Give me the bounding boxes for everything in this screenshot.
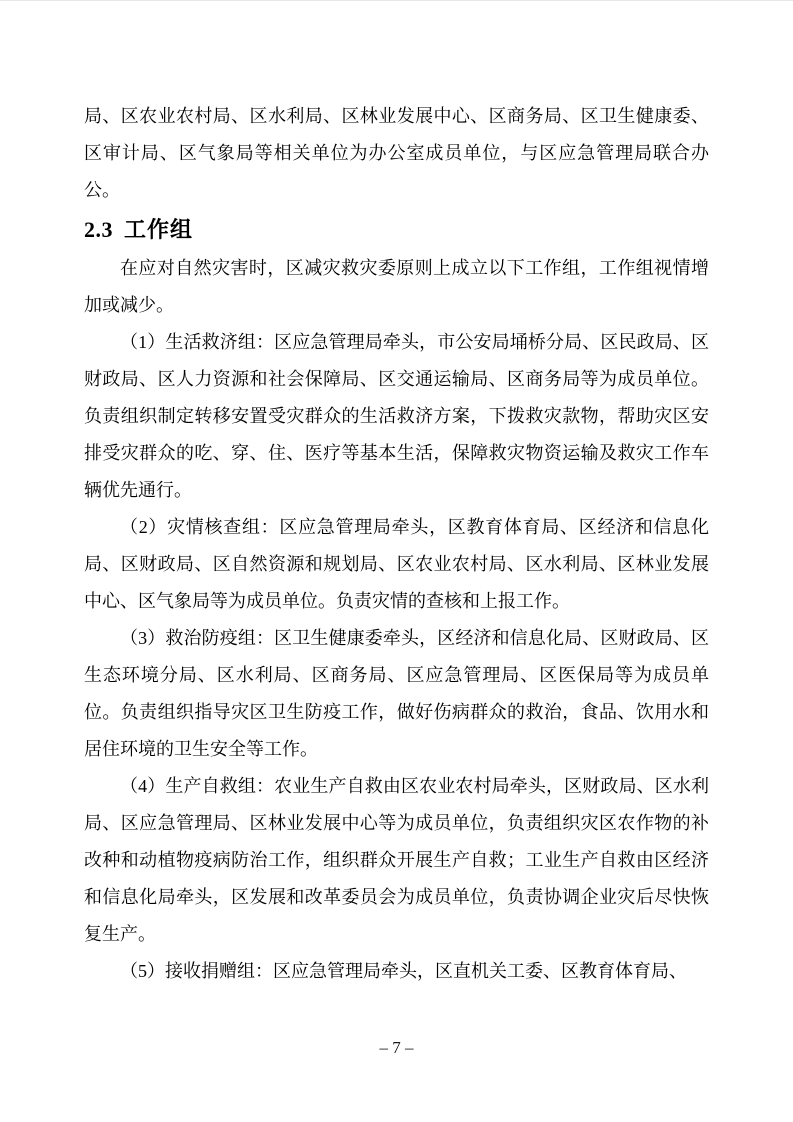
- paragraph-work-group-2: （2）灾情核查组：区应急管理局牵头，区教育体育局、区经济和信息化局、区财政局、区…: [84, 509, 709, 620]
- page-number: – 7 –: [0, 1036, 793, 1060]
- paragraph-work-group-1: （1）生活救济组：区应急管理局牵头，市公安局埇桥分局、区民政局、区财政局、区人力…: [84, 324, 709, 509]
- section-heading-number: 2.3: [84, 217, 113, 242]
- document-page: 局、区农业农村局、区水利局、区林业发展中心、区商务局、区卫生健康委、区审计局、区…: [0, 0, 793, 1122]
- section-heading-title: 工作组: [124, 217, 193, 242]
- paragraph-intro: 在应对自然灾害时，区减灾救灾委原则上成立以下工作组，工作组视情增加或减少。: [84, 250, 709, 324]
- paragraph-work-group-3: （3）救治防疫组：区卫生健康委牵头，区经济和信息化局、区财政局、区生态环境分局、…: [84, 620, 709, 768]
- page-body: 局、区农业农村局、区水利局、区林业发展中心、区商务局、区卫生健康委、区审计局、区…: [84, 98, 709, 990]
- section-heading: 2.3工作组: [84, 209, 709, 250]
- paragraph-continuation: 局、区农业农村局、区水利局、区林业发展中心、区商务局、区卫生健康委、区审计局、区…: [84, 98, 709, 209]
- paragraph-work-group-5: （5）接收捐赠组：区应急管理局牵头，区直机关工委、区教育体育局、: [84, 953, 709, 990]
- paragraph-work-group-4: （4）生产自救组：农业生产自救由区农业农村局牵头，区财政局、区水利局、区应急管理…: [84, 768, 709, 953]
